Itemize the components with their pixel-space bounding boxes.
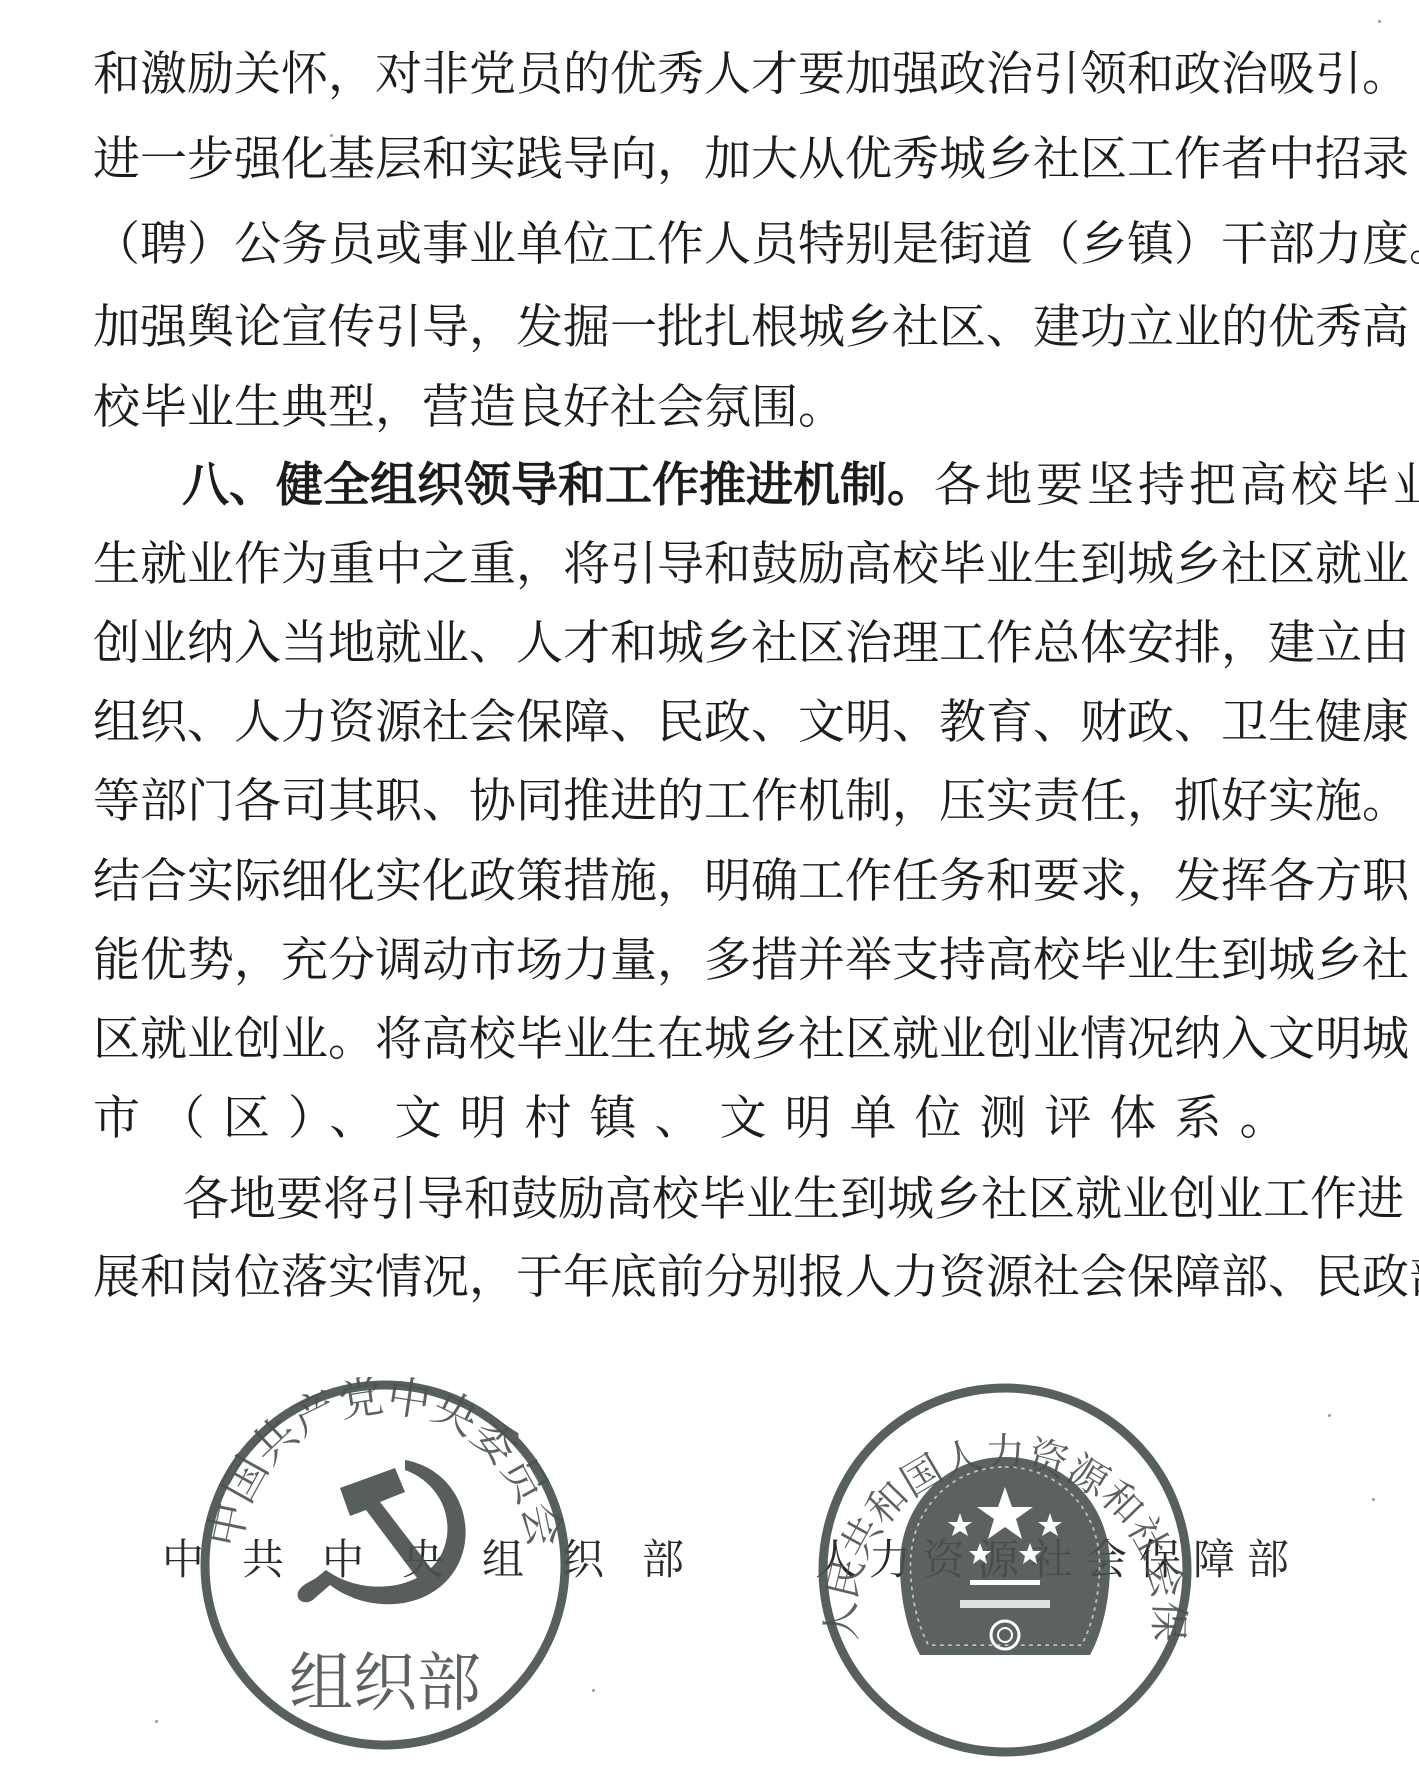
text-line: （聘）公务员或事业单位工作人员特别是街道（乡镇）干部力度。 [93, 215, 1311, 275]
scan-speck [1328, 1414, 1331, 1417]
section-heading: 八、健全组织领导和工作推进机制。 [182, 456, 934, 516]
seal-center-text: 组织部 [289, 1647, 481, 1721]
scan-speck [330, 134, 333, 137]
seal-mohrss: 中华人民共和国人力资源和社会保障部 [810, 1375, 1200, 1765]
text-line: 等部门各司其职、协同推进的工作机制，压实责任，抓好实施。 [93, 772, 1311, 832]
document-page: 和激励关怀，对非党员的优秀人才要加强政治引领和政治吸引。 进一步强化基层和实践导… [0, 0, 1419, 1791]
text-line: 校毕业生典型，营造良好社会氛围。 [93, 378, 1311, 438]
text-line: 生就业作为重中之重，将引导和鼓励高校毕业生到城乡社区就业 [93, 535, 1311, 595]
section-8-first-line: 八、健全组织领导和工作推进机制。 各地要坚持把高校毕业 [182, 456, 1311, 516]
text-line: 加强舆论宣传引导，发掘一批扎根城乡社区、建功立业的优秀高 [93, 298, 1311, 358]
text-line: 进一步强化基层和实践导向，加大从优秀城乡社区工作者中招录 [93, 130, 1311, 190]
text-line: 区就业创业。将高校毕业生在城乡社区就业创业情况纳入文明城 [93, 1010, 1311, 1070]
scan-speck [1378, 20, 1381, 23]
text-line: 各地要将引导和鼓励高校毕业生到城乡社区就业创业工作进 [182, 1170, 1311, 1230]
text-line: 组织、人力资源社会保障、民政、文明、教育、财政、卫生健康 [93, 693, 1311, 753]
scan-speck [1372, 1498, 1375, 1501]
text-line: 展和岗位落实情况，于年底前分别报人力资源社会保障部、民政部。 [93, 1248, 1311, 1308]
text-line: 创业纳入当地就业、人才和城乡社区治理工作总体安排，建立由 [93, 614, 1311, 674]
seal-org-department: 中国共产党中央委员会 组织部 [190, 1370, 580, 1760]
text-line: 结合实际细化实化政策措施，明确工作任务和要求，发挥各方职 [93, 852, 1311, 912]
scan-speck [155, 1720, 158, 1723]
text-line: 市（区）、文明村镇、文明单位测评体系。 [93, 1089, 1311, 1149]
text-line: 能优势，充分调动市场力量，多措并举支持高校毕业生到城乡社 [93, 931, 1311, 991]
hammer-sickle-icon [298, 1460, 466, 1604]
text-line: 和激励关怀，对非党员的优秀人才要加强政治引领和政治吸引。 [93, 45, 1311, 105]
scan-speck [592, 1689, 595, 1692]
text-span: 各地要坚持把高校毕业 [934, 456, 1419, 516]
